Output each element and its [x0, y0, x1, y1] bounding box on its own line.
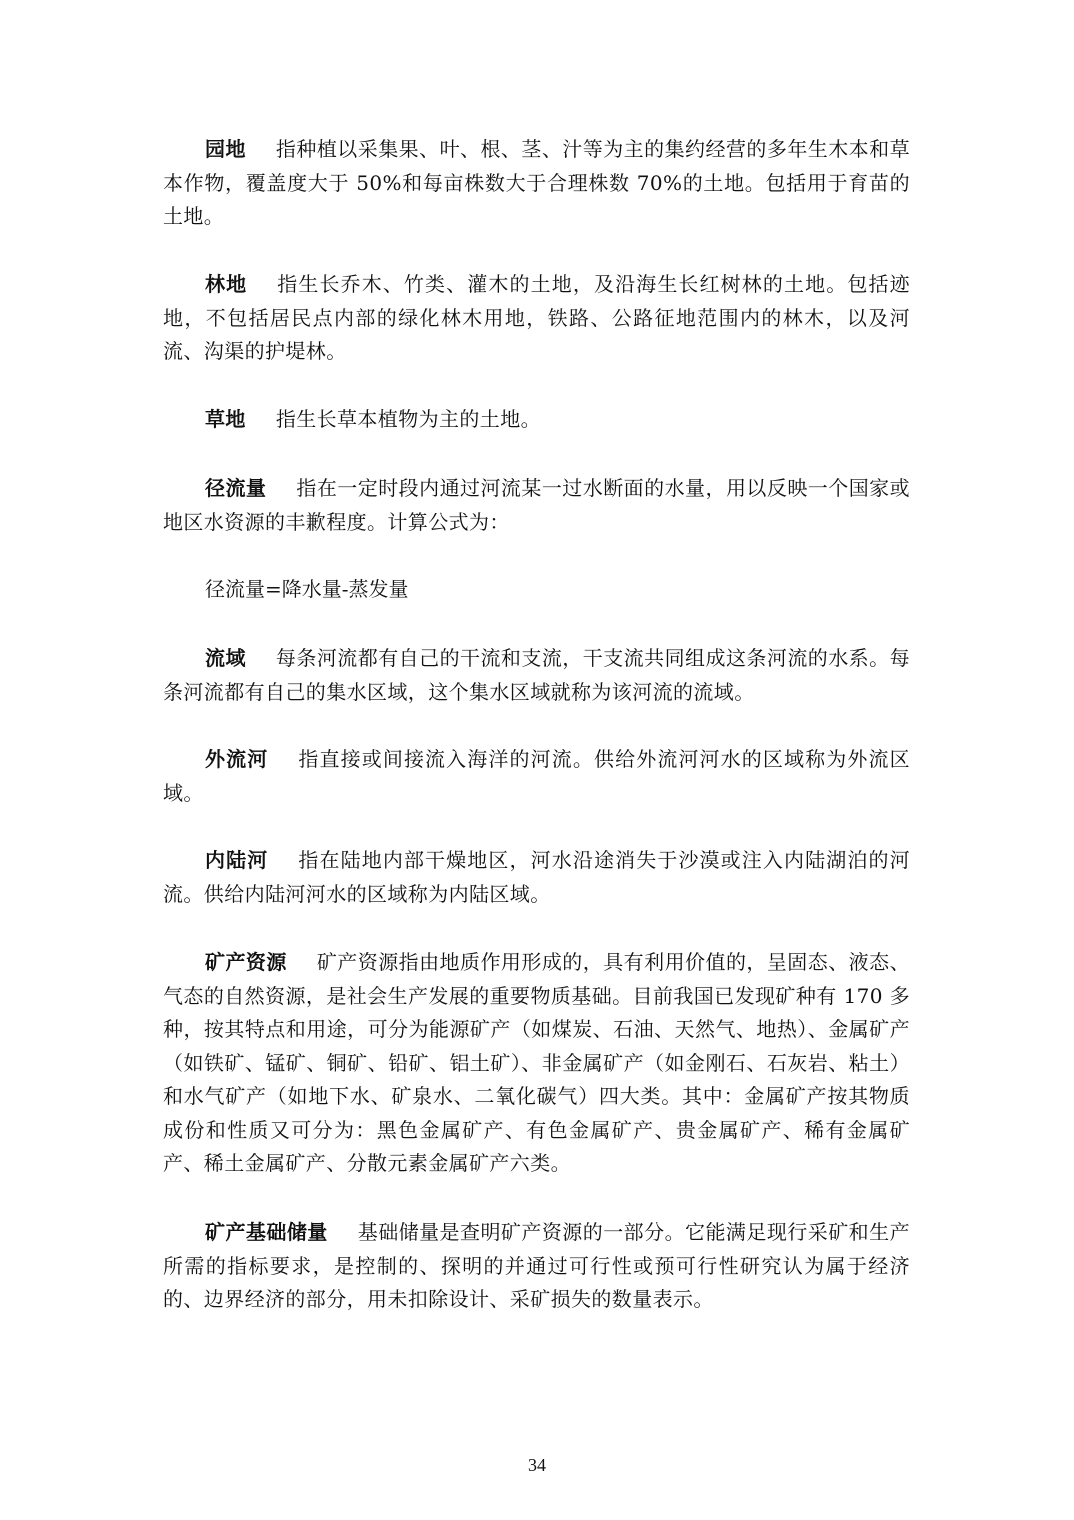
entry-definition: 指在陆地内部干燥地区，河水沿途消失于沙漠或注入内陆湖泊的河流。供给内陆河河水的区… [163, 848, 910, 906]
entry-term: 内陆河 [205, 848, 268, 872]
entry-grassland: 草地指生长草本植物为主的土地。 [163, 403, 910, 437]
entry-definition: 指生长草本植物为主的土地。 [276, 407, 541, 431]
entry-definition: 指在一定时段内通过河流某一过水断面的水量，用以反映一个国家或地区水资源的丰歉程度… [163, 476, 910, 534]
entry-definition: 指种植以采集果、叶、根、茎、汁等为主的集约经营的多年生木本和草本作物，覆盖度大于… [163, 137, 910, 228]
entry-runoff: 径流量指在一定时段内通过河流某一过水断面的水量，用以反映一个国家或地区水资源的丰… [163, 472, 910, 539]
entry-term: 矿产资源 [205, 950, 287, 974]
entry-definition: 指直接或间接流入海洋的河流。供给外流河河水的区域称为外流区域。 [163, 747, 910, 805]
entry-definition: 每条河流都有自己的干流和支流，干支流共同组成这条河流的水系。每条河流都有自己的集… [163, 646, 910, 704]
entry-mineral-resources: 矿产资源矿产资源指由地质作用形成的，具有利用价值的，呈固态、液态、气态的自然资源… [163, 946, 910, 1181]
entry-term: 草地 [205, 407, 246, 431]
entry-term: 流域 [205, 646, 246, 670]
entry-term: 外流河 [205, 747, 268, 771]
runoff-formula: 径流量=降水量-蒸发量 [205, 573, 409, 607]
entry-term: 园地 [205, 137, 246, 161]
entry-exorheic-river: 外流河指直接或间接流入海洋的河流。供给外流河河水的区域称为外流区域。 [163, 743, 910, 810]
document-page: 园地指种植以采集果、叶、根、茎、汁等为主的集约经营的多年生木本和草本作物，覆盖度… [0, 0, 1074, 1520]
entry-definition: 矿产资源指由地质作用形成的，具有利用价值的，呈固态、液态、气态的自然资源，是社会… [163, 950, 910, 1175]
entry-river-basin: 流域每条河流都有自己的干流和支流，干支流共同组成这条河流的水系。每条河流都有自己… [163, 642, 910, 709]
entry-definition: 指生长乔木、竹类、灌木的土地，及沿海生长红树林的土地。包括迹地，不包括居民点内部… [163, 272, 910, 363]
entry-forest-land: 林地指生长乔木、竹类、灌木的土地，及沿海生长红树林的土地。包括迹地，不包括居民点… [163, 268, 910, 369]
entry-term: 径流量 [205, 476, 266, 500]
entry-orchard-land: 园地指种植以采集果、叶、根、茎、汁等为主的集约经营的多年生木本和草本作物，覆盖度… [163, 133, 910, 234]
entry-term: 林地 [205, 272, 247, 296]
entry-mineral-reserve-base: 矿产基础储量基础储量是查明矿产资源的一部分。它能满足现行采矿和生产所需的指标要求… [163, 1216, 910, 1317]
entry-term: 矿产基础储量 [205, 1220, 328, 1244]
entry-endorheic-river: 内陆河指在陆地内部干燥地区，河水沿途消失于沙漠或注入内陆湖泊的河流。供给内陆河河… [163, 844, 910, 911]
page-number: 34 [0, 1455, 1074, 1476]
